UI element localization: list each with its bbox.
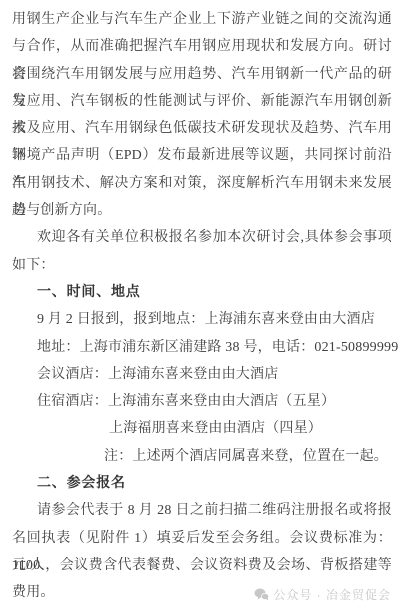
document-line: 将围绕汽车用钢发展与应用趋势、汽车用钢新一代产品的研发: [12, 61, 392, 88]
document-line: 势与创新方向。: [12, 197, 392, 224]
document-line: 环境产品声明（EPD）发布最新进展等议题，共同探讨前沿汽: [12, 142, 392, 169]
wechat-watermark: 公众号 · 冶金贸促会: [254, 586, 391, 603]
document-line: 9 月 2 日报到，报到地点：上海浦东喜来登由由大酒店: [12, 306, 392, 333]
document-line: 注：上述两个酒店同属喜来登，位置在一起。: [12, 443, 392, 470]
document-line: 用钢生产企业与汽车生产企业上下游产业链之间的交流沟通: [12, 6, 392, 33]
document-line: 车用钢技术、解决方案和对策，深度解析汽车用钢未来发展趋: [12, 170, 392, 197]
document-line: 与应用、汽车钢板的性能测试与评价、新能源汽车用钢创新技: [12, 88, 392, 115]
document-line: 住宿酒店：上海浦东喜来登由由大酒店（五星）: [12, 388, 392, 415]
section-heading-registration: 二、参会报名: [12, 470, 392, 497]
document-line: 地址：上海市浦东新区浦建路 38 号，电话：021-50899999: [12, 334, 392, 361]
document-line: 请参会代表于 8 月 28 日之前扫描二维码注册报名或将报: [12, 497, 392, 524]
wechat-icon: [254, 588, 269, 601]
document-line: 与合作，从而准确把握汽车用钢应用现状和发展方向。研讨会: [12, 33, 392, 60]
section-heading-time-location: 一、时间、地点: [12, 279, 392, 306]
document-line: 会议酒店：上海浦东喜来登由由大酒店: [12, 361, 392, 388]
document-line: 元/人，会议费含代表餐费、会议资料费及会场、背板搭建等: [12, 552, 392, 579]
document-page: 用钢生产企业与汽车生产企业上下游产业链之间的交流沟通 与合作，从而准确把握汽车用…: [0, 0, 400, 613]
document-line: 如下：: [12, 252, 392, 279]
document-line: 术及应用、汽车用钢绿色低碳技术研发现状及趋势、汽车用钢: [12, 115, 392, 142]
document-line: 欢迎各有关单位积极报名参加本次研讨会,具体参会事项: [12, 224, 392, 251]
document-line: 名回执表（见附件 1）填妥后发至会务组。会议费标准为：1100: [12, 525, 392, 552]
document-line: 上海福朋喜来登由由酒店（四星）: [12, 415, 392, 442]
watermark-label: 公众号 · 冶金贸促会: [273, 586, 391, 603]
